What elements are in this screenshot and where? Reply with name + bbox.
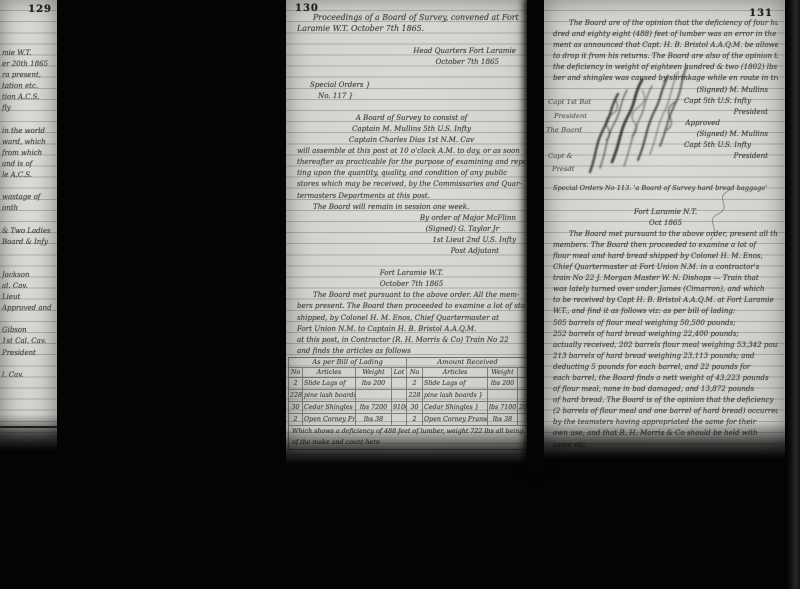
handwritten-line: 1st Lieut 2nd U.S. Infty <box>297 234 526 245</box>
handwritten-line: to be received by Capt H. B. Bristol A.A… <box>553 294 778 305</box>
handwritten-line <box>553 195 778 206</box>
handwritten-line: Approved and <box>2 303 57 314</box>
handwritten-line: The Board are of the opinion that the de… <box>553 17 778 28</box>
handwritten-line: Fort Laramie W.T. <box>297 267 526 278</box>
handwritten-line: Board & Infy <box>2 237 57 248</box>
table-cell: Cedar Shingles } <box>423 402 488 414</box>
table-cell: No <box>289 368 303 378</box>
table-cell: lbs 38 <box>356 414 392 426</box>
handwritten-line <box>297 67 526 78</box>
frame-bottom-shadow <box>286 428 532 464</box>
handwritten-line: le A.C.S. <box>2 170 57 181</box>
handwritten-line: 213 barrels of hard bread weighing 23,11… <box>553 350 778 361</box>
table-cell: Articles <box>303 368 356 378</box>
handwritten-line: of flour meal, none in bad damaged, and … <box>553 383 778 394</box>
frame-bottom-shadow <box>544 422 785 458</box>
handwritten-line: train No 22 J. Morgan Master W. N. Disho… <box>553 272 778 283</box>
handwritten-line: ment as announced that Capt. H. B. Brist… <box>553 39 778 50</box>
handwritten-line: tion A.C.S. <box>2 92 57 103</box>
handwritten-line: of hard bread. The Board is of the opini… <box>553 394 778 405</box>
handwritten-line: The Board met pursuant to the above orde… <box>297 289 526 300</box>
handwritten-line: wastage of <box>2 192 57 203</box>
table-cell: 9100 <box>392 402 407 414</box>
handwritten-line: and is of <box>2 159 57 170</box>
table-cell: 30 <box>289 402 303 414</box>
handwritten-line: l. Cav. <box>2 370 57 381</box>
table-cell: Articles <box>423 368 488 378</box>
handwritten-line: stores which may be received, by the Com… <box>297 178 526 189</box>
handwritten-line: (Signed) G. Taylor Jr <box>297 223 526 234</box>
table-cell <box>356 390 392 402</box>
handwritten-line: Special Orders No 113. 'a Board of Surve… <box>553 183 778 194</box>
handwritten-line <box>2 181 57 192</box>
pen-flourish <box>692 188 738 244</box>
handwritten-line: Fort Laramie N.T. <box>553 206 778 217</box>
handwritten-line: The Board will remain in session one wee… <box>297 201 526 212</box>
handwritten-line <box>297 256 526 267</box>
margin-note: Capt & <box>548 152 573 160</box>
table-cell: lbs 200 <box>488 378 518 390</box>
microfilm-scan: 129 mie W.T.er 20th 1865ra present,tatio… <box>0 0 800 589</box>
handwritten-line: W.T., and find it as follows viz: as per… <box>553 305 778 316</box>
handwritten-line: ra present, <box>2 70 57 81</box>
handwritten-line: Chief Quartermaster at Fort Union N.M. i… <box>553 261 778 272</box>
handwritten-line: & Two Ladies <box>2 226 57 237</box>
ink-smudge <box>572 50 712 180</box>
handwritten-line: at this post, in Contractor (R. H. Morri… <box>297 334 526 345</box>
handwritten-line: in the world <box>2 126 57 137</box>
handwritten-line: flour meal and hard bread shipped by Col… <box>553 250 778 261</box>
handwritten-line: Captain M. Mullins 5th U.S. Infty <box>297 123 526 134</box>
table-cell: Weight <box>488 368 518 378</box>
handwritten-line: thereafter as practicable for the purpos… <box>297 156 526 167</box>
handwritten-line: er 20th 1865 <box>2 59 57 70</box>
left-page-partial: 129 mie W.T.er 20th 1865ra present,tatio… <box>0 0 57 450</box>
handwritten-line: will assemble at this post at 10 o'clock… <box>297 145 526 156</box>
film-edge-right <box>785 0 800 589</box>
handwritten-line: 1st Cal. Cav. <box>2 336 57 347</box>
handwritten-line <box>2 314 57 325</box>
handwritten-line: Gibson <box>2 325 57 336</box>
handwritten-line <box>2 359 57 370</box>
table-cell <box>392 390 407 402</box>
table-cell: 2 <box>407 414 423 426</box>
handwritten-line: 505 barrels of flour meal weighing 50,50… <box>553 317 778 328</box>
handwritten-line: Oct 1865 <box>553 217 778 228</box>
handwritten-line: termasters Departments at this post. <box>297 190 526 201</box>
handwritten-line: Proceedings of a Board of Survey, conven… <box>297 12 526 23</box>
handwritten-line: October 7th 1865 <box>297 278 526 289</box>
table-cell <box>392 414 407 426</box>
handwritten-line <box>2 214 57 225</box>
handwritten-line: deducting 5 pounds for each barrel, and … <box>553 361 778 372</box>
page-number-129: 129 <box>28 4 52 15</box>
page-130: 130 Proceedings of a Board of Survey, co… <box>286 0 532 464</box>
handwritten-line: ward, which <box>2 137 57 148</box>
handwritten-line: actually received, 202 barrels flour mea… <box>553 339 778 350</box>
handwritten-line: mie W.T. <box>2 48 57 59</box>
left-page-text: mie W.T.er 20th 1865ra present,tation et… <box>0 48 57 381</box>
table-cell: 2 <box>289 414 303 426</box>
book-gutter-shadow <box>527 0 545 470</box>
handwritten-line: al. Cav. <box>2 281 57 292</box>
handwritten-line <box>2 248 57 259</box>
table-cell: No <box>407 368 423 378</box>
table-cell: lbs 7100 <box>488 402 518 414</box>
table-cell: Slide Lags of <box>423 378 488 390</box>
handwritten-line: Laramie W.T. October 7th 1865. <box>297 23 526 34</box>
handwritten-line: A Board of Survey to consist of <box>297 112 526 123</box>
table-cell: Open Corney Frames <box>423 414 488 426</box>
handwritten-line: shipped, by Colonel H. M. Enos, Chief Qu… <box>297 312 526 323</box>
table-cell: pine lash boards } <box>423 390 488 402</box>
table-cell: 228 <box>289 390 303 402</box>
handwritten-line: (2 barrels of flour meal and one barrel … <box>553 405 778 416</box>
handwritten-line: Head Quarters Fort Laramie <box>297 45 526 56</box>
handwritten-line: bers present. The Board then proceeded t… <box>297 300 526 311</box>
handwritten-line: Jackson <box>2 270 57 281</box>
table-cell: pine lash boards } <box>303 390 356 402</box>
page-131: 131 The Board are of the opinion that th… <box>544 0 785 458</box>
handwritten-line <box>2 259 57 270</box>
table-cell: lbs 7200 <box>356 402 392 414</box>
handwritten-line: from which <box>2 148 57 159</box>
table-cell: Cedar Shingles } <box>303 402 356 414</box>
handwritten-line: ting upon the quantity, quality, and con… <box>297 167 526 178</box>
handwritten-line: each barrel, the Board finds a nett weig… <box>553 372 778 383</box>
page-130-text: Proceedings of a Board of Survey, conven… <box>286 12 532 356</box>
handwritten-line: fly <box>2 103 57 114</box>
table-cell: Open Corney Frames <box>303 414 356 426</box>
table-cell: 2 <box>289 378 303 390</box>
handwritten-line: Lieut <box>2 292 57 303</box>
handwritten-line: Special Orders } <box>297 79 526 90</box>
table-cell: lbs 38 <box>488 414 518 426</box>
handwritten-line: No. 117 } <box>297 90 526 101</box>
handwritten-line: October 7th 1865 <box>297 56 526 67</box>
handwritten-line: By order of Major McFlinn <box>297 212 526 223</box>
handwritten-line: President <box>2 348 57 359</box>
handwritten-line: Fort Union N.M. to Captain H. B. Bristol… <box>297 323 526 334</box>
handwritten-line: The Board met pursuant to the above orde… <box>553 228 778 239</box>
handwritten-line: tation etc. <box>2 81 57 92</box>
table-cell: 2 <box>407 378 423 390</box>
table-cell: Lot <box>392 368 407 378</box>
handwritten-line <box>297 101 526 112</box>
table-cell: Weight <box>356 368 392 378</box>
handwritten-line <box>2 115 57 126</box>
handwritten-line: members. The Board then proceeded to exa… <box>553 239 778 250</box>
handwritten-line: dred and eighty eight (488) feet of lumb… <box>553 28 778 39</box>
handwritten-line: Captain Charles Dias 1st N.M. Cav <box>297 134 526 145</box>
handwritten-line: onth <box>2 203 57 214</box>
handwritten-line: was lately turned over under James (Cima… <box>553 283 778 294</box>
handwritten-line: and finds the articles as follows <box>297 345 526 356</box>
handwritten-line: Post Adjutant <box>297 245 526 256</box>
table-cell <box>392 378 407 390</box>
handwritten-line <box>297 34 526 45</box>
table-cell: 228 <box>407 390 423 402</box>
table-cell: 30 <box>407 402 423 414</box>
handwritten-line: 252 barrels of hard bread weighing 22,40… <box>553 328 778 339</box>
table-cell: lbs 200 <box>356 378 392 390</box>
table-cell: Slide Lags of <box>303 378 356 390</box>
frame-bottom-shadow <box>0 414 57 450</box>
table-cell: Amount Received <box>407 358 529 368</box>
table-cell: As per Bill of Lading <box>289 358 407 368</box>
table-cell <box>488 390 518 402</box>
